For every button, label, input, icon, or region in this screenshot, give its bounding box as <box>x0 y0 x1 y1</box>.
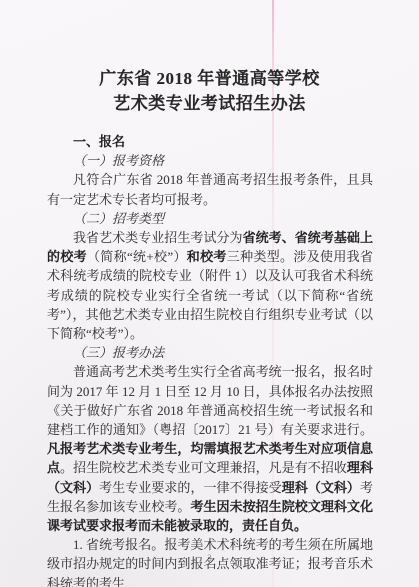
body-text: 凡符合广东省 2018 年普通高考招生报考条件，且具有一定艺术专长者均可报考。 <box>47 172 373 206</box>
body-text: （简称“统+校”） <box>87 249 187 264</box>
body-text: （二）招考类型 <box>73 211 164 226</box>
body-text: （一）报考资格 <box>73 153 164 168</box>
body-text: 普通高考艺术类考生实行全省高考统一报名，报名时间为 2017 年 12 月 1 … <box>47 364 373 437</box>
paragraph: 我省艺术类专业招生考试分为省统考、省统考基础上的校考（简称“统+校”）和校考三种… <box>47 228 373 343</box>
sub-heading: （三）报考办法 <box>47 343 373 362</box>
sub-heading: （二）招考类型 <box>47 209 373 228</box>
emphasis-text: 和校考 <box>187 249 227 264</box>
body-text: 。招生院校艺术类专业可文理兼招，凡是有不招收 <box>60 460 347 475</box>
body-text: 我省艺术类专业招生考试分为 <box>73 230 243 245</box>
document-title-line-1: 广东省 2018 年普通高等学校 <box>99 69 320 88</box>
emphasis-text: 理科（文科） <box>282 480 360 495</box>
paragraph: 普通高考艺术类考生实行全省高考统一报名，报名时间为 2017 年 12 月 1 … <box>47 362 373 535</box>
page-number: 3 <box>0 553 419 563</box>
paragraph: 凡符合广东省 2018 年普通高考招生报考条件，且具有一定艺术专长者均可报考。 <box>47 170 373 208</box>
emphasis-text: 一、报名 <box>73 134 125 149</box>
scanned-document-page: 广东省 2018 年普通高等学校 艺术类专业考试招生办法 一、报名（一）报考资格… <box>0 0 419 587</box>
body-text: 考生专业要求的，一律不得接受 <box>99 480 282 495</box>
sub-heading: （一）报考资格 <box>47 151 373 170</box>
document-title-line-2: 艺术类专业考试招生办法 <box>113 94 306 113</box>
document-body: 一、报名（一）报考资格凡符合广东省 2018 年普通高考招生报考条件，且具有一定… <box>47 132 373 587</box>
body-text: （三）报考办法 <box>73 345 164 360</box>
document-title: 广东省 2018 年普通高等学校 艺术类专业考试招生办法 <box>0 66 419 116</box>
section-heading: 一、报名 <box>47 132 373 151</box>
